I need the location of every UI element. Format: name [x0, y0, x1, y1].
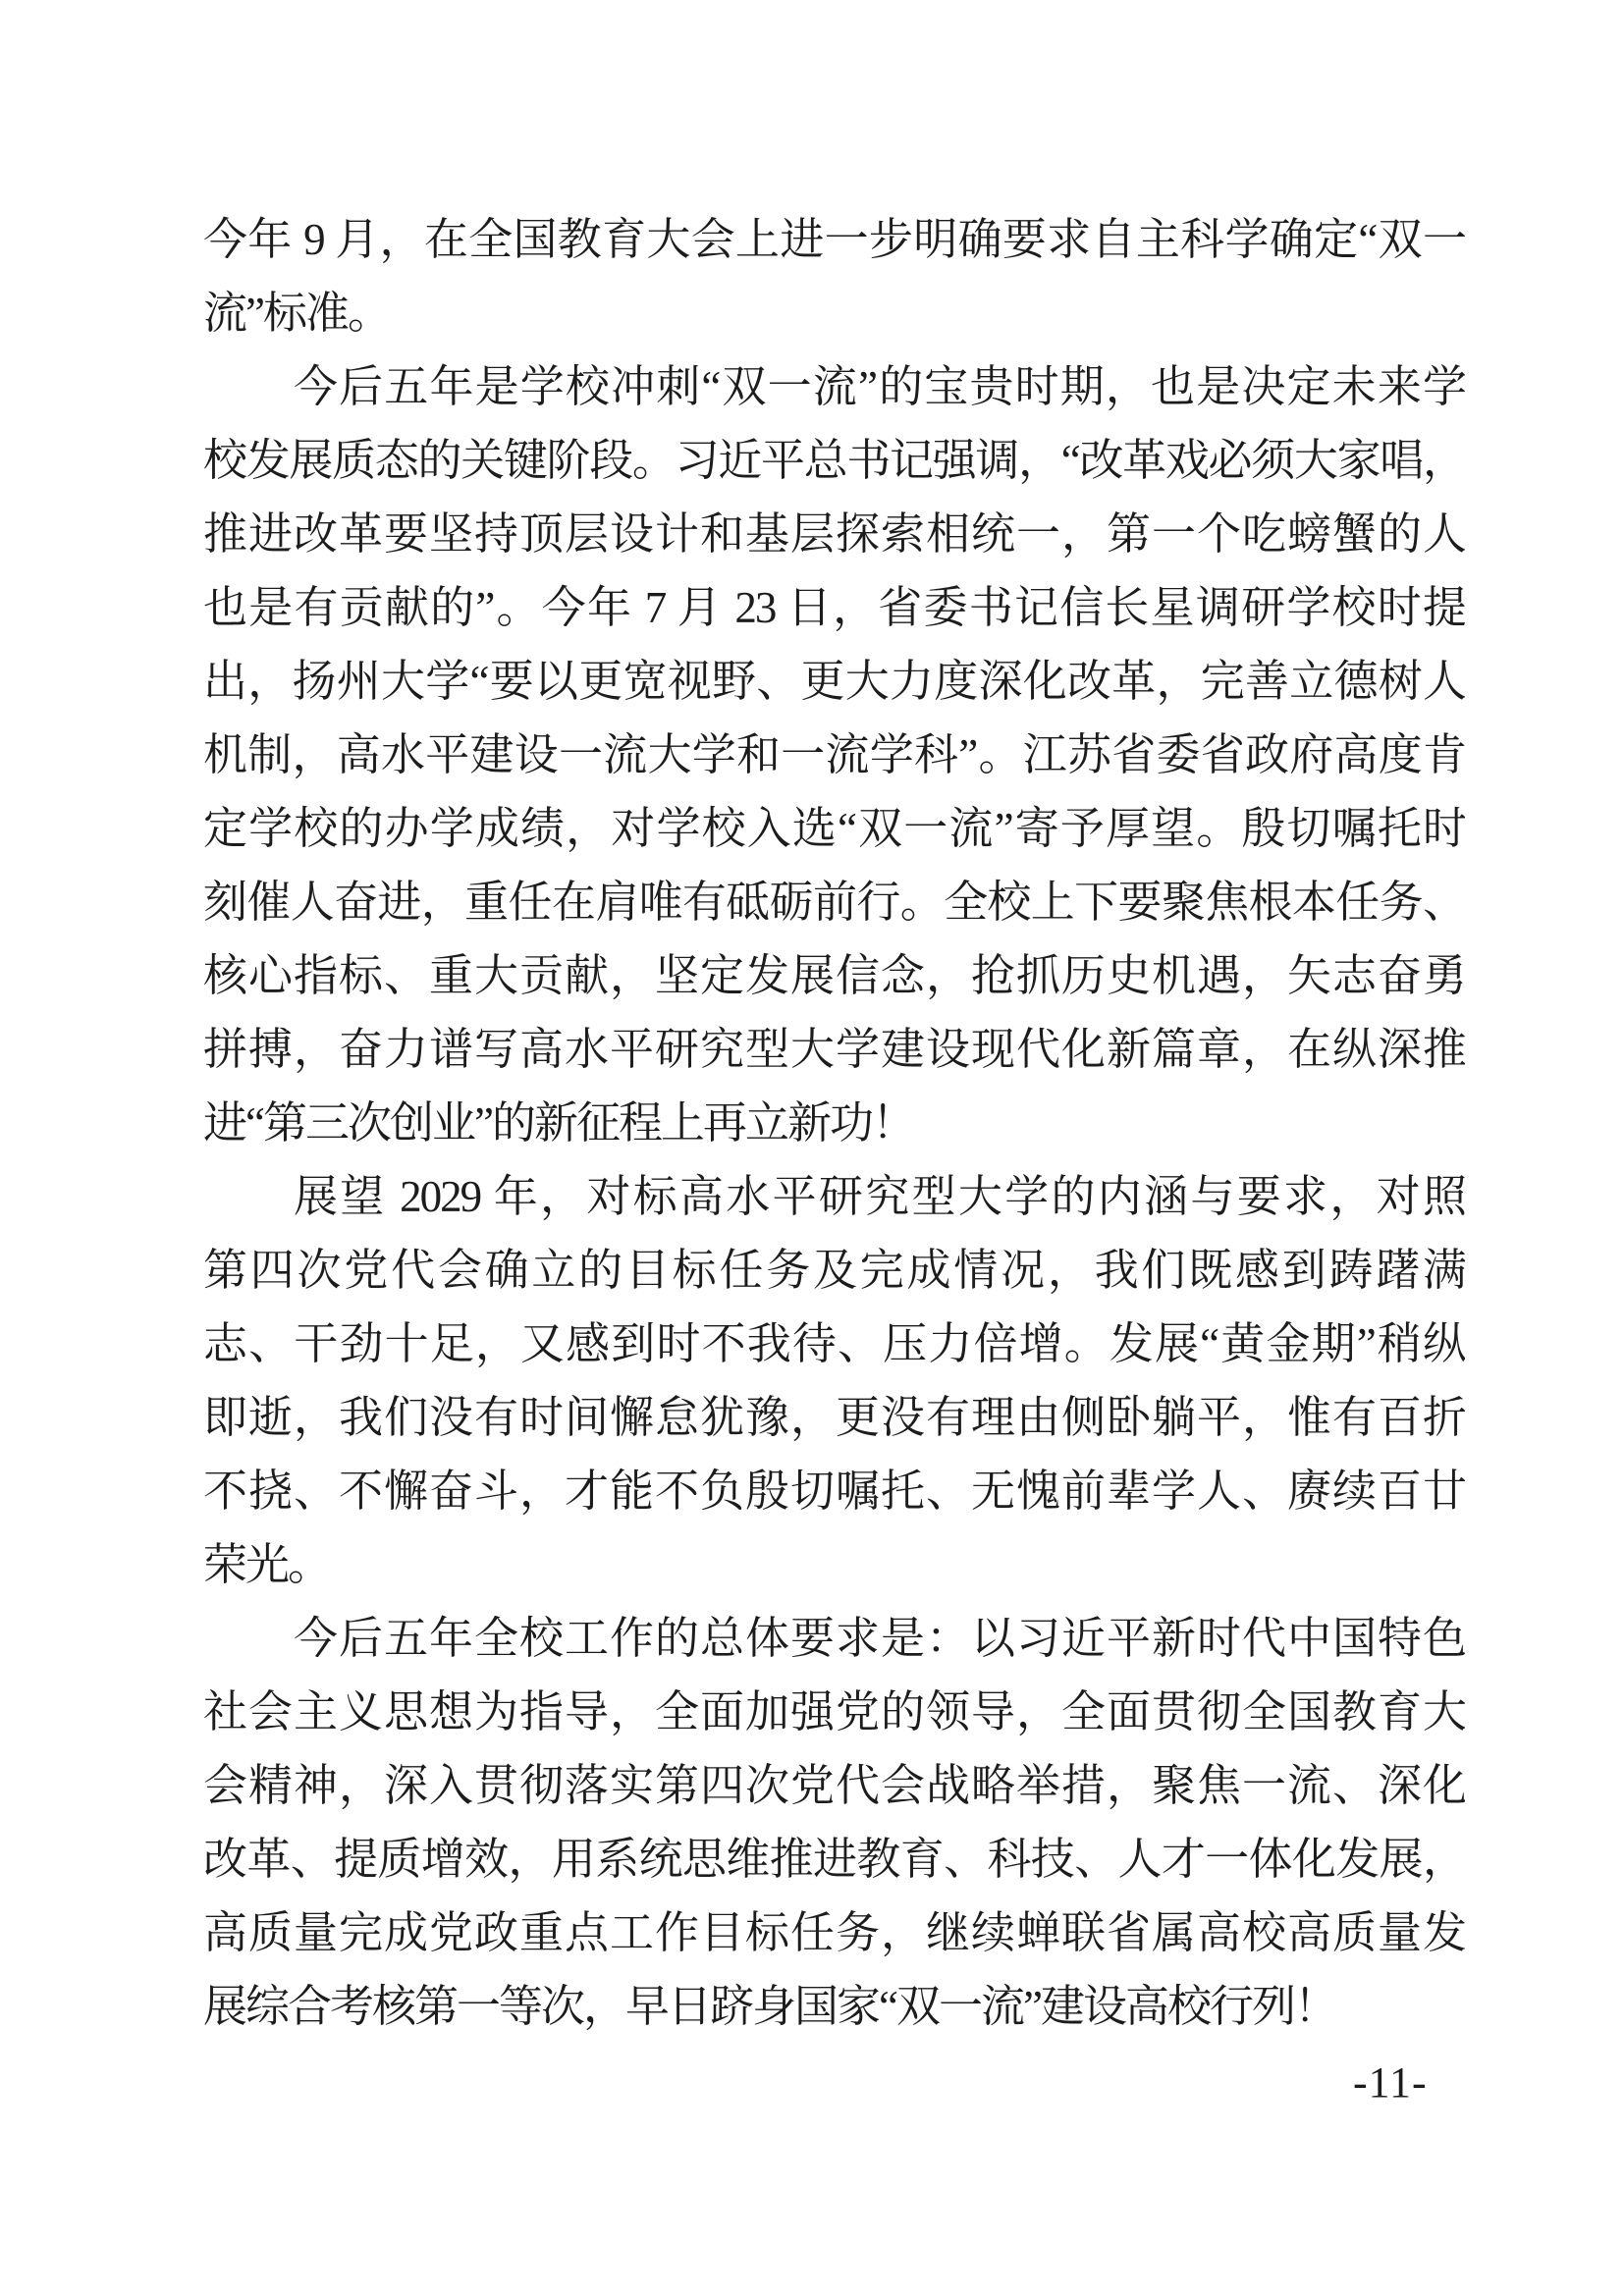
paragraph: 今后五年是学校冲刺“双一流”的宝贵时期，也是决定未来学 校发展质态的关键阶段。习…: [203, 350, 1465, 1160]
text-line: 刻催人奋进，重任在肩唯有砥砺前行。全校上下要聚焦根本任务、: [203, 866, 1465, 939]
paragraph: 今年 9 月，在全国教育大会上进一步明确要求自主科学确定“双一 流”标准。: [203, 203, 1465, 350]
text-line: 今后五年是学校冲刺“双一流”的宝贵时期，也是决定未来学: [203, 350, 1465, 424]
text-line: 校发展质态的关键阶段。习近平总书记强调，“改革戏必须大家唱，: [203, 424, 1465, 498]
text-line: 流”标准。: [203, 277, 1465, 350]
text-line: 今年 9 月，在全国教育大会上进一步明确要求自主科学确定“双一: [203, 203, 1465, 277]
text-line: 核心指标、重大贡献，坚定发展信念，抢抓历史机遇，矢志奋勇: [203, 939, 1465, 1013]
text-line: 拼搏，奋力谱写高水平研究型大学建设现代化新篇章，在纵深推: [203, 1013, 1465, 1087]
text-line: 荣光。: [203, 1528, 1465, 1602]
page-number: -11-: [1353, 2057, 1428, 2109]
text-line: 推进改革要坚持顶层设计和基层探索相统一，第一个吃螃蟹的人: [203, 498, 1465, 571]
text-line: 今后五年全校工作的总体要求是：以习近平新时代中国特色: [203, 1602, 1465, 1676]
text-line: 展综合考核第一等次，早日跻身国家“双一流”建设高校行列！: [203, 1970, 1465, 2044]
text-line: 进“第三次创业”的新征程上再立新功！: [203, 1087, 1465, 1160]
text-line: 机制，高水平建设一流大学和一流学科”。江苏省委省政府高度肯: [203, 719, 1465, 792]
text-line: 改革、提质增效，用系统思维推进教育、科技、人才一体化发展，: [203, 1823, 1465, 1896]
text-line: 会精神，深入贯彻落实第四次党代会战略举措，聚焦一流、深化: [203, 1749, 1465, 1823]
text-line: 定学校的办学成绩，对学校入选“双一流”寄予厚望。殷切嘱托时: [203, 792, 1465, 866]
paragraph: 今后五年全校工作的总体要求是：以习近平新时代中国特色 社会主义思想为指导，全面加…: [203, 1602, 1465, 2044]
text-line: 即逝，我们没有时间懈怠犹豫，更没有理由侧卧躺平，惟有百折: [203, 1381, 1465, 1455]
text-line: 志、干劲十足，又感到时不我待、压力倍增。发展“黄金期”稍纵: [203, 1308, 1465, 1381]
text-line: 也是有贡献的”。今年 7 月 23 日，省委书记信长星调研学校时提: [203, 571, 1465, 645]
document-page: 今年 9 月，在全国教育大会上进一步明确要求自主科学确定“双一 流”标准。 今后…: [0, 0, 1624, 2296]
text-line: 出，扬州大学“要以更宽视野、更大力度深化改革，完善立德树人: [203, 645, 1465, 719]
text-line: 第四次党代会确立的目标任务及完成情况，我们既感到踌躇满: [203, 1234, 1465, 1308]
paragraph: 展望 2029 年，对标高水平研究型大学的内涵与要求，对照 第四次党代会确立的目…: [203, 1160, 1465, 1602]
text-line: 不挠、不懈奋斗，才能不负殷切嘱托、无愧前辈学人、赓续百廿: [203, 1455, 1465, 1528]
text-line: 高质量完成党政重点工作目标任务，继续蝉联省属高校高质量发: [203, 1896, 1465, 1970]
text-line: 展望 2029 年，对标高水平研究型大学的内涵与要求，对照: [203, 1160, 1465, 1234]
document-body-text: 今年 9 月，在全国教育大会上进一步明确要求自主科学确定“双一 流”标准。 今后…: [203, 203, 1465, 2044]
text-line: 社会主义思想为指导，全面加强党的领导，全面贯彻全国教育大: [203, 1676, 1465, 1749]
